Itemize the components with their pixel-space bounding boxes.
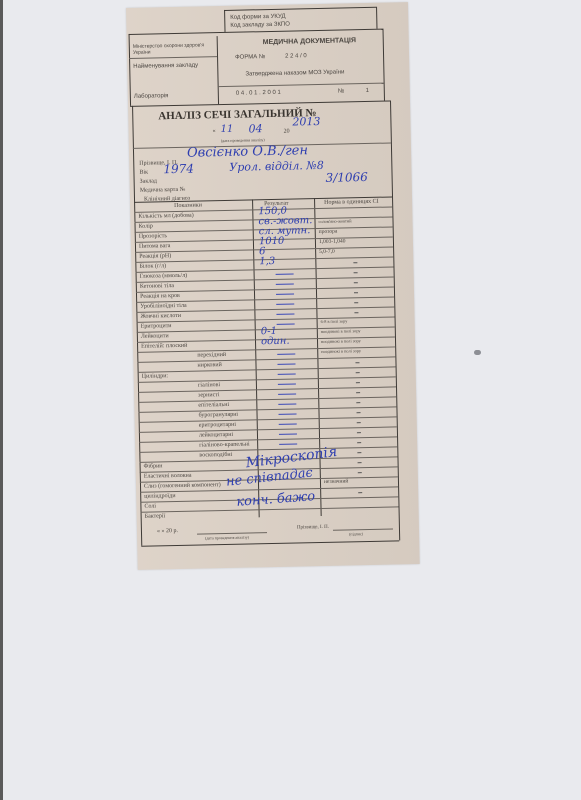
- row-label: лейкоцитарні: [199, 432, 233, 439]
- row-norm-dash: [356, 382, 360, 383]
- row-label: нирковий: [197, 362, 221, 369]
- row-result: 1,3: [259, 257, 275, 267]
- row-norm-dash: [357, 442, 361, 443]
- row-label: Колір: [139, 223, 153, 229]
- order-date: 0 4 . 0 1 . 2 0 0 1: [236, 90, 281, 97]
- row-label: Прозорість: [139, 233, 167, 240]
- code-ukud-label: Код форми за УКУД: [230, 14, 285, 21]
- date-year: 2013: [292, 116, 320, 128]
- row-norm-dash: [358, 492, 362, 493]
- row-norm-dash: [358, 462, 362, 463]
- row-label: перехідний: [197, 352, 226, 359]
- row-label: бурогранулярні: [198, 412, 238, 419]
- row-norm: 5,0-7,0: [319, 250, 335, 256]
- row-norm-dash: [354, 302, 358, 303]
- row-norm: незначний: [324, 479, 349, 485]
- row-label: воскоподібні: [199, 452, 232, 459]
- col-header-indicator: Показники: [174, 202, 202, 209]
- row-norm-dash: [353, 262, 357, 263]
- row-label: гіаліново-крапельні: [199, 442, 250, 449]
- row-label: Циліндри:: [142, 373, 168, 380]
- row-norm: 6-8 в полі зору: [321, 319, 348, 324]
- card-label: Медична карта №: [140, 187, 186, 194]
- col-header-norm: Норма в одиницях СІ: [324, 199, 379, 206]
- form-number: 2 2 4 / 0: [285, 53, 307, 59]
- row-label: епітеліальні: [198, 402, 229, 409]
- row-label: Реакція на кров: [140, 293, 180, 300]
- row-norm-dash: [356, 402, 360, 403]
- row-norm-dash: [354, 292, 358, 293]
- row-label: Еластичні волокна: [144, 473, 192, 480]
- row-label: Кетонові тіла: [140, 283, 174, 290]
- row-norm-dash: [357, 452, 361, 453]
- row-label: Бактерії: [145, 513, 166, 519]
- footer-signature-label: Прізвище, І. П.: [297, 525, 329, 531]
- footer-signature-caption: (підпис): [349, 532, 363, 536]
- date-day: 11: [220, 125, 233, 135]
- scan-edge: [0, 0, 3, 800]
- scan-speck: [474, 350, 481, 355]
- row-norm-dash: [354, 312, 358, 313]
- row-norm-dash: [357, 412, 361, 413]
- row-norm-dash: [354, 282, 358, 283]
- footer-date: « » 20 р.: [157, 528, 178, 534]
- row-norm: поодинокі в полі зору: [321, 339, 361, 344]
- laboratory-label: Лабораторія: [134, 93, 169, 100]
- row-label: Еритроцити: [141, 323, 172, 330]
- facility-value: Урол. відділ. №8: [229, 160, 324, 173]
- row-label: Питома вага: [139, 243, 171, 250]
- row-norm: прозора: [319, 230, 338, 236]
- row-result: один.: [261, 337, 290, 348]
- row-norm-dash: [357, 422, 361, 423]
- urinalysis-form: Код форми за УКУД Код закладу за ЗКПО Мі…: [126, 2, 420, 570]
- row-norm-dash: [354, 272, 358, 273]
- row-norm: поодинокі в полі зору: [321, 349, 361, 354]
- row-norm-dash: [358, 472, 362, 473]
- row-label: Білок (г/л): [139, 263, 166, 270]
- row-norm-dash: [357, 432, 361, 433]
- row-label: зернисті: [198, 392, 220, 398]
- row-label: Уробіліноїдні тіла: [140, 303, 186, 310]
- year-prefix: 20: [284, 129, 290, 135]
- row-label: Реакція (pH): [139, 253, 171, 260]
- row-label: Епітелій: плоский: [141, 343, 187, 350]
- row-norm-dash: [355, 362, 359, 363]
- order-no: 1: [366, 88, 369, 94]
- row-label: гіалінові: [198, 382, 220, 388]
- form-label: ФОРМА №: [235, 54, 265, 61]
- order-no-label: №: [338, 88, 345, 94]
- age-label: Вік: [139, 170, 148, 176]
- facility-label: Заклад: [140, 178, 157, 184]
- card-value: 3/1066: [325, 171, 367, 184]
- row-label: еритроцитарні: [199, 422, 236, 429]
- date-month: 04: [248, 123, 262, 134]
- row-label: циліндроїди: [144, 493, 175, 500]
- row-norm: 1,003-1,040: [319, 239, 346, 245]
- row-label: Солі: [144, 503, 156, 509]
- row-label: Глюкоза (ммоль/л): [140, 273, 188, 280]
- row-norm-dash: [356, 392, 360, 393]
- row-label: Жовчні кислоти: [140, 313, 181, 320]
- ministry-label: Міністерство охорони здоров'я України: [133, 42, 213, 56]
- row-label: Фібрин: [144, 463, 163, 469]
- code-zkpo-label: Код закладу за ЗКПО: [230, 22, 290, 29]
- age-value: 1974: [163, 163, 194, 176]
- row-norm-dash: [356, 372, 360, 373]
- row-label: Кількість мл (добова): [138, 213, 193, 220]
- patient-name: Овсієнко О.В./ген: [187, 144, 308, 160]
- row-norm: солом'яно-жовтий: [318, 219, 351, 224]
- row-label: Лейкоцити: [141, 333, 169, 340]
- row-norm: поодинокі в полі зору: [321, 329, 361, 334]
